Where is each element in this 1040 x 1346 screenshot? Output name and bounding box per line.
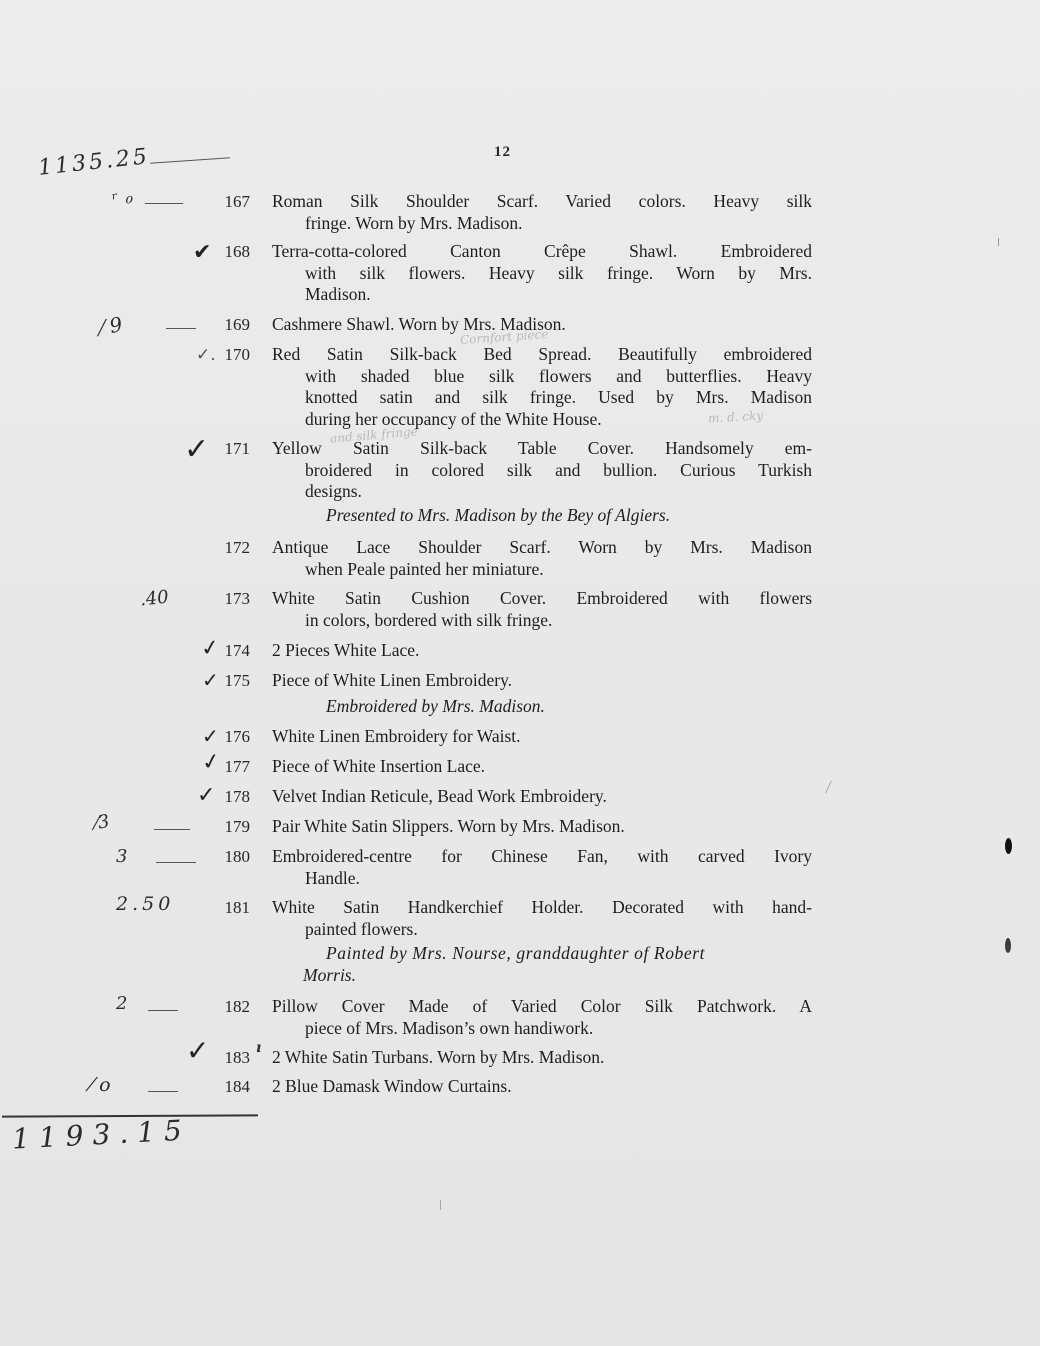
handwritten-mark-181: 2.50: [116, 893, 174, 915]
document-page: 12 1135.25 ʳ ℴ 167 Roman Silk Shoulder S…: [0, 0, 1040, 1346]
entry-line: designs.: [272, 481, 812, 503]
entry-line: Velvet Indian Reticule, Bead Work Embroi…: [272, 786, 812, 808]
ink-blot: [1005, 938, 1011, 953]
entry-provenance-note: Painted by Mrs. Nourse, granddaughter of…: [272, 943, 812, 965]
entry-number: 173: [200, 588, 250, 610]
stray-mark: [440, 1200, 441, 1210]
entry-line: Handle.: [272, 868, 812, 890]
entry-number: 170: [200, 344, 250, 366]
entry-line: Pillow Cover Made of Varied Color Silk P…: [272, 996, 812, 1018]
stray-mark: [825, 780, 832, 793]
entry-number: 171: [200, 438, 250, 460]
handwritten-top-underline: [150, 157, 230, 164]
entry-number: 181: [200, 897, 250, 919]
entry-number: 182: [200, 996, 250, 1018]
handwritten-bottom-total: 1193.15: [11, 1113, 191, 1155]
handwritten-dash-180: [156, 862, 196, 863]
handwritten-dash-184: [148, 1091, 178, 1092]
handwritten-mark-179: ⁄3: [93, 811, 111, 834]
entry-number: 176: [200, 726, 250, 748]
entry-number: 179: [200, 816, 250, 838]
entry-number: 177: [200, 756, 250, 778]
entry-line: Red Satin Silk-back Bed Spread. Beautifu…: [272, 344, 812, 366]
entry-line: with shaded blue silk flowers and butter…: [272, 366, 812, 388]
entry-provenance-note-cont: Morris.: [272, 965, 812, 987]
entry-line: White Satin Handkerchief Holder. Decorat…: [272, 897, 812, 919]
entry-line: Piece of White Insertion Lace.: [272, 756, 812, 778]
entry-number: 174: [200, 640, 250, 662]
stray-mark: [998, 238, 999, 246]
page-number: 12: [494, 144, 511, 161]
handwritten-dash-182: [148, 1010, 178, 1011]
handwritten-dash-167: [145, 203, 183, 204]
pencil-note-after-170: m. d. cky: [708, 409, 764, 426]
handwritten-dash-169: [166, 328, 196, 329]
entry-line: piece of Mrs. Madison’s own handiwork.: [272, 1018, 812, 1040]
entry-line: in colors, bordered with silk fringe.: [272, 610, 812, 632]
entry-line: Madison.: [272, 284, 812, 306]
entry-line: with silk flowers. Heavy silk fringe. Wo…: [272, 263, 812, 285]
entry-line: painted flowers.: [272, 919, 812, 941]
entry-line: when Peale painted her miniature.: [272, 559, 812, 581]
entry-line: White Linen Embroidery for Waist.: [272, 726, 812, 748]
handwritten-dash-179: [154, 829, 190, 830]
entry-number: 169: [200, 314, 250, 336]
handwritten-mark-184: ⁄o: [90, 1074, 117, 1096]
entry-line: White Satin Cushion Cover. Embroidered w…: [272, 588, 812, 610]
entry-line: 2 Blue Damask Window Curtains.: [272, 1076, 812, 1098]
entry-number: 172: [200, 537, 250, 559]
entry-line: knotted satin and silk fringe. Used by M…: [272, 387, 812, 409]
entry-line: Embroidered-centre for Chinese Fan, with…: [272, 846, 812, 868]
entry-number: 168: [200, 241, 250, 263]
handwritten-mark-169: ⁄ 9: [98, 312, 125, 340]
entry-number: 178: [200, 786, 250, 808]
handwritten-mark-182: 2: [116, 993, 127, 1014]
handwritten-mark-180: 3: [116, 846, 127, 867]
entry-line: fringe. Worn by Mrs. Madison.: [272, 213, 812, 235]
entry-line: Roman Silk Shoulder Scarf. Varied colors…: [272, 191, 812, 213]
entry-line: Terra-cotta-colored Canton Crêpe Shawl. …: [272, 241, 812, 263]
entry-line: Antique Lace Shoulder Scarf. Worn by Mrs…: [272, 537, 812, 559]
entry-line: Pair White Satin Slippers. Worn by Mrs. …: [272, 816, 812, 838]
entry-number: 183: [200, 1047, 250, 1069]
handwritten-mark-167: ʳ ℴ: [111, 187, 134, 211]
entry-provenance-note: Presented to Mrs. Madison by the Bey of …: [272, 505, 812, 527]
handwritten-tick-183: ı: [256, 1040, 261, 1056]
handwritten-top-total: 1135.25: [37, 144, 151, 181]
entry-line: Piece of White Linen Embroidery.: [272, 670, 812, 692]
entry-line: 2 White Satin Turbans. Worn by Mrs. Madi…: [272, 1047, 812, 1069]
entry-line: broidered in colored silk and bullion. C…: [272, 460, 812, 482]
entry-number: 167: [200, 191, 250, 213]
entry-number: 184: [200, 1076, 250, 1098]
entry-line: Yellow Satin Silk-back Table Cover. Hand…: [272, 438, 812, 460]
handwritten-mark-173: .40: [139, 587, 170, 611]
entry-line: 2 Pieces White Lace.: [272, 640, 812, 662]
entry-provenance-note: Embroidered by Mrs. Madison.: [272, 696, 812, 718]
entry-number: 175: [200, 670, 250, 692]
ink-blot: [1005, 838, 1012, 854]
entry-number: 180: [200, 846, 250, 868]
